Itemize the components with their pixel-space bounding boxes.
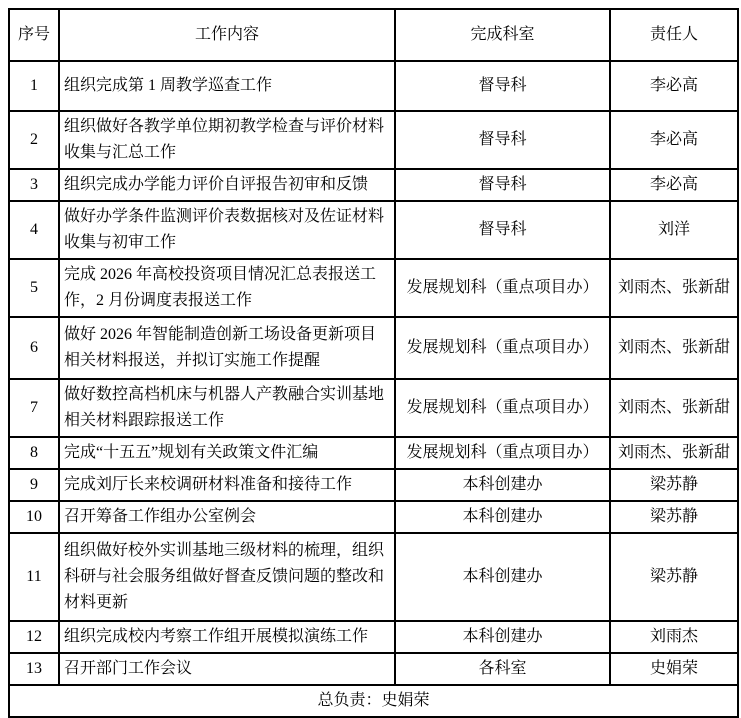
work-content-cell: 做好 2026 年智能制造创新工场设备更新项目相关材料报送，并拟订实施工作提醒 <box>59 317 395 379</box>
serial-number-cell: 2 <box>9 111 59 169</box>
department-cell: 本科创建办 <box>395 501 610 533</box>
work-content-cell: 召开筹备工作组办公室例会 <box>59 501 395 533</box>
work-content-cell: 完成 2026 年高校投资项目情况汇总表报送工作，2 月份调度表报送工作 <box>59 259 395 317</box>
table-body: 1 组织完成第 1 周教学巡查工作 督导科 李必高 2 组织做好各教学单位期初教… <box>9 61 738 685</box>
serial-number-cell: 5 <box>9 259 59 317</box>
work-content-cell: 召开部门工作会议 <box>59 653 395 685</box>
work-schedule-table: 序号 工作内容 完成科室 责任人 1 组织完成第 1 周教学巡查工作 督导科 李… <box>8 8 739 718</box>
department-cell: 督导科 <box>395 201 610 259</box>
table-row: 8 完成“十五五”规划有关政策文件汇编 发展规划科（重点项目办） 刘雨杰、张新甜 <box>9 437 738 469</box>
serial-number-cell: 7 <box>9 379 59 437</box>
responsible-person-cell: 刘雨杰、张新甜 <box>610 259 738 317</box>
responsible-person-cell: 李必高 <box>610 169 738 201</box>
table-row: 11 组织做好校外实训基地三级材料的梳理，组织科研与社会服务组做好督查反馈问题的… <box>9 533 738 621</box>
table-footer: 总负责：史娟荣 <box>9 685 738 717</box>
responsible-person-cell: 梁苏静 <box>610 469 738 501</box>
serial-number-cell: 10 <box>9 501 59 533</box>
work-content-cell: 组织完成第 1 周教学巡查工作 <box>59 61 395 111</box>
footer-row: 总负责：史娟荣 <box>9 685 738 717</box>
serial-number-cell: 9 <box>9 469 59 501</box>
department-cell: 本科创建办 <box>395 621 610 653</box>
table-row: 2 组织做好各教学单位期初教学检查与评价材料收集与汇总工作 督导科 李必高 <box>9 111 738 169</box>
work-content-cell: 完成“十五五”规划有关政策文件汇编 <box>59 437 395 469</box>
responsible-person-cell: 刘雨杰、张新甜 <box>610 379 738 437</box>
responsible-person-cell: 李必高 <box>610 61 738 111</box>
table-row: 10 召开筹备工作组办公室例会 本科创建办 梁苏静 <box>9 501 738 533</box>
table-row: 4 做好办学条件监测评价表数据核对及佐证材料收集与初审工作 督导科 刘洋 <box>9 201 738 259</box>
work-content-cell: 完成刘厅长来校调研材料准备和接待工作 <box>59 469 395 501</box>
table-header: 序号 工作内容 完成科室 责任人 <box>9 9 738 61</box>
table-row: 5 完成 2026 年高校投资项目情况汇总表报送工作，2 月份调度表报送工作 发… <box>9 259 738 317</box>
responsible-person-cell: 刘雨杰 <box>610 621 738 653</box>
serial-number-cell: 13 <box>9 653 59 685</box>
responsible-person-cell: 刘雨杰、张新甜 <box>610 437 738 469</box>
serial-number-cell: 11 <box>9 533 59 621</box>
overall-responsible-label: 总负责：史娟荣 <box>9 685 738 717</box>
header-responsible-person: 责任人 <box>610 9 738 61</box>
department-cell: 督导科 <box>395 61 610 111</box>
serial-number-cell: 3 <box>9 169 59 201</box>
serial-number-cell: 4 <box>9 201 59 259</box>
header-row: 序号 工作内容 完成科室 责任人 <box>9 9 738 61</box>
department-cell: 督导科 <box>395 169 610 201</box>
department-cell: 本科创建办 <box>395 533 610 621</box>
table-row: 1 组织完成第 1 周教学巡查工作 督导科 李必高 <box>9 61 738 111</box>
work-content-cell: 组织完成办学能力评价自评报告初审和反馈 <box>59 169 395 201</box>
responsible-person-cell: 李必高 <box>610 111 738 169</box>
responsible-person-cell: 刘洋 <box>610 201 738 259</box>
department-cell: 发展规划科（重点项目办） <box>395 437 610 469</box>
serial-number-cell: 12 <box>9 621 59 653</box>
department-cell: 发展规划科（重点项目办） <box>395 379 610 437</box>
serial-number-cell: 8 <box>9 437 59 469</box>
work-content-cell: 组织做好各教学单位期初教学检查与评价材料收集与汇总工作 <box>59 111 395 169</box>
serial-number-cell: 1 <box>9 61 59 111</box>
table-row: 12 组织完成校内考察工作组开展模拟演练工作 本科创建办 刘雨杰 <box>9 621 738 653</box>
responsible-person-cell: 梁苏静 <box>610 533 738 621</box>
header-work-content: 工作内容 <box>59 9 395 61</box>
responsible-person-cell: 刘雨杰、张新甜 <box>610 317 738 379</box>
table-row: 13 召开部门工作会议 各科室 史娟荣 <box>9 653 738 685</box>
table-row: 3 组织完成办学能力评价自评报告初审和反馈 督导科 李必高 <box>9 169 738 201</box>
department-cell: 发展规划科（重点项目办） <box>395 259 610 317</box>
department-cell: 发展规划科（重点项目办） <box>395 317 610 379</box>
responsible-person-cell: 史娟荣 <box>610 653 738 685</box>
header-department: 完成科室 <box>395 9 610 61</box>
work-content-cell: 组织完成校内考察工作组开展模拟演练工作 <box>59 621 395 653</box>
work-content-cell: 做好办学条件监测评价表数据核对及佐证材料收集与初审工作 <box>59 201 395 259</box>
responsible-person-cell: 梁苏静 <box>610 501 738 533</box>
serial-number-cell: 6 <box>9 317 59 379</box>
work-content-cell: 做好数控高档机床与机器人产教融合实训基地相关材料跟踪报送工作 <box>59 379 395 437</box>
department-cell: 各科室 <box>395 653 610 685</box>
department-cell: 督导科 <box>395 111 610 169</box>
table-row: 9 完成刘厅长来校调研材料准备和接待工作 本科创建办 梁苏静 <box>9 469 738 501</box>
table-row: 7 做好数控高档机床与机器人产教融合实训基地相关材料跟踪报送工作 发展规划科（重… <box>9 379 738 437</box>
header-serial-number: 序号 <box>9 9 59 61</box>
work-content-cell: 组织做好校外实训基地三级材料的梳理，组织科研与社会服务组做好督查反馈问题的整改和… <box>59 533 395 621</box>
table-row: 6 做好 2026 年智能制造创新工场设备更新项目相关材料报送，并拟订实施工作提… <box>9 317 738 379</box>
department-cell: 本科创建办 <box>395 469 610 501</box>
